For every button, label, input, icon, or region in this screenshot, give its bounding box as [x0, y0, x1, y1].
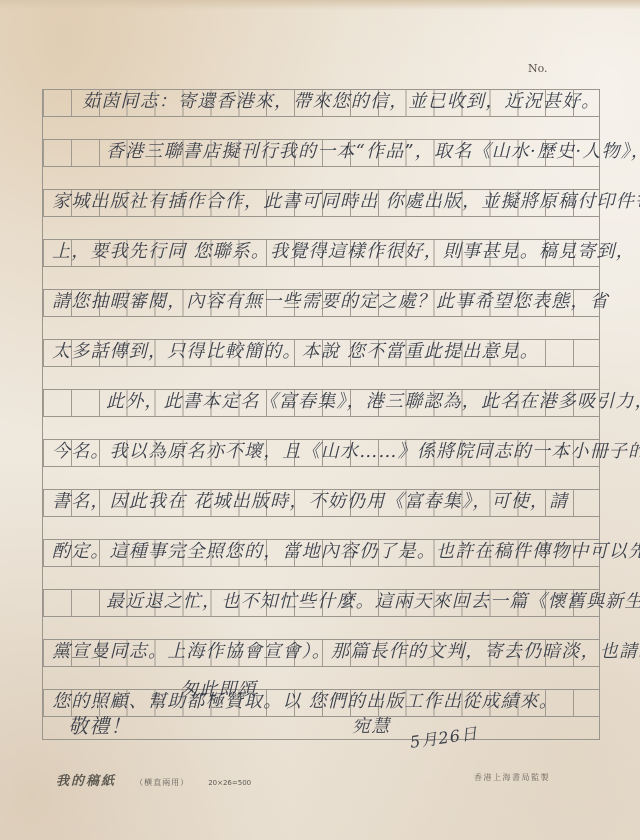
grid-spacer: [42, 517, 600, 539]
paragraph-2-line-2: 今名。我以為原名亦不壞，且《山水……》係將院同志的一本小冊子的: [52, 437, 640, 463]
letter-closing: 匆此即頌: [180, 675, 257, 701]
letter-salutation: 茹茵同志：寄還香港來，帶來您的信，並已收到，近況甚好。: [82, 87, 600, 113]
paper-footer-brand-area: 我的稿紙 （横直兩用） 20×26=500: [56, 770, 251, 789]
grid-spacer: [42, 217, 600, 239]
letter-greeting: 敬禮！: [68, 710, 132, 739]
grid-bottom-border: [42, 739, 600, 740]
grid-spacer: [42, 317, 600, 339]
grid-spacer: [42, 267, 600, 289]
paper-printer: 香港上海書局監製: [474, 772, 550, 783]
paragraph-3-line-2: 黨宣曼同志。上海作協會宣會）。那篇長作的文判，寄去仍暗淡，也請改 您，對: [52, 637, 640, 663]
grid-spacer: [42, 167, 600, 189]
paragraph-2-line-3: 書名，因此我在 花城出版時，不妨仍用《富春集》，可使，請: [52, 487, 568, 513]
grid-spacer: [42, 417, 600, 439]
paragraph-1-line-5: 太多話傳到，只得比較簡的。本說 您不當重此提出意見。: [52, 337, 539, 363]
paragraph-3-line-1: 最近退之忙，也不知忙些什麼。這兩天來回去一篇《懷舊與新生》，給: [106, 587, 640, 613]
paragraph-1-line-4: 請您抽暇審閱，內容有無一些需要的定之處？此事希望您表態，省: [52, 287, 609, 313]
grid-spacer: [42, 467, 600, 489]
paragraph-2-line-4: 酌定。這種事完全照您的，當地內容仍了是。也許在稿件傳物中可以先校。: [52, 537, 640, 563]
paragraph-1-line-3: 上，要我先行同 您聯系。我覺得這樣作很好，則事甚見。稿見寄到，: [52, 237, 635, 263]
paragraph-1-line-2: 家城出版社有插作合作，此書可同時出 你處出版，並擬將原稿付印件寄: [52, 187, 640, 213]
paper-top-edge: [0, 0, 640, 10]
grid-spacer: [42, 617, 600, 639]
paper-usage: （横直兩用）: [135, 778, 189, 787]
paragraph-1-line-1: 香港三聯書店擬刊行我的一本“作品”，取名《山水·歷史·人物》，他們說5: [106, 137, 640, 163]
page-number-label: No.: [528, 62, 548, 75]
grid-spacer: [42, 117, 600, 139]
paper-brand: 我的稿紙: [56, 774, 116, 789]
paragraph-2-line-1: 此外，此書本定名《富春集》，港三聯認為，此名在港多吸引力，遂改: [106, 387, 640, 413]
grid-spacer: [42, 667, 600, 689]
paper-dimensions: 20×26=500: [208, 779, 251, 787]
grid-spacer: [42, 367, 600, 389]
letter-signature: 宛慧: [352, 712, 390, 738]
manuscript-page: No. 茹茵同志：寄還香港來，帶來您的信，並已收到，近況甚好。 香港三聯書店擬刊…: [0, 0, 640, 840]
grid-spacer: [42, 567, 600, 589]
